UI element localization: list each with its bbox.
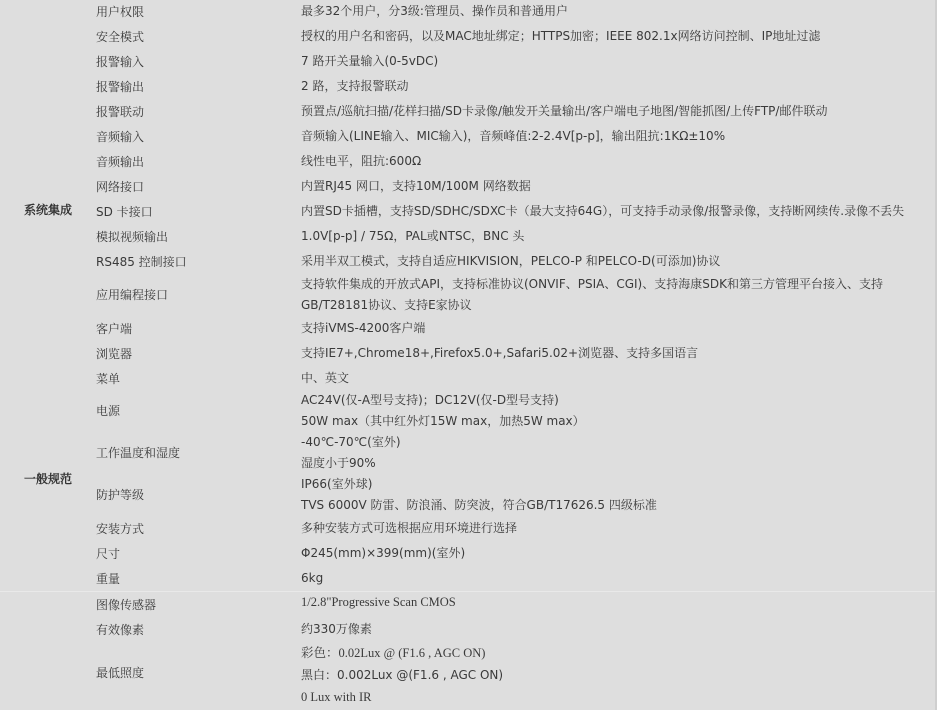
spec-label: RS485 控制接口 bbox=[96, 253, 187, 270]
spec-value-line: 支持软件集成的开放式API，支持标准协议(ONVIF、PSIA、CGI)、支持海… bbox=[301, 274, 883, 295]
spec-label: 音频输出 bbox=[96, 153, 144, 170]
spec-label: 报警输入 bbox=[96, 53, 144, 70]
spec-value: 支持IE7+,Chrome18+,Firefox5.0+,Safari5.02+… bbox=[301, 343, 698, 364]
spec-value: AC24V(仅-A型号支持)；DC12V(仅-D型号支持) 50W max（其中… bbox=[301, 390, 585, 432]
spec-value: 6kg bbox=[301, 568, 323, 589]
spec-value-line: TVS 6000V 防雷、防浪涌、防突波，符合GB/T17626.5 四级标准 bbox=[301, 495, 657, 516]
spec-label: 防护等级 bbox=[96, 486, 144, 503]
spec-label: 有效像素 bbox=[96, 621, 144, 638]
spec-value-line: AC24V(仅-A型号支持)；DC12V(仅-D型号支持) bbox=[301, 390, 585, 411]
section-divider bbox=[0, 591, 935, 592]
spec-label: 工作温度和湿度 bbox=[96, 444, 180, 461]
spec-value: 彩色：0.02Lux @ (F1.6 , AGC ON) 黑白：0.002Lux… bbox=[301, 642, 503, 708]
spec-label: 安全模式 bbox=[96, 28, 144, 45]
spec-label: 图像传感器 bbox=[96, 596, 156, 613]
spec-label: 电源 bbox=[96, 402, 120, 419]
spec-value: 预置点/巡航扫描/花样扫描/SD卡录像/触发开关量输出/客户端电子地图/智能抓图… bbox=[301, 101, 827, 122]
spec-value: -40℃-70℃(室外) 湿度小于90% bbox=[301, 432, 401, 474]
spec-value-line: IP66(室外球) bbox=[301, 474, 657, 495]
spec-label: 重量 bbox=[96, 570, 120, 587]
spec-value: 内置RJ45 网口，支持10M/100M 网络数据 bbox=[301, 176, 531, 197]
spec-value: 多种安装方式可选根据应用环境进行选择 bbox=[301, 518, 517, 539]
spec-label: 客户端 bbox=[96, 320, 132, 337]
spec-value: 线性电平，阻抗:600Ω bbox=[301, 151, 421, 172]
spec-value: 采用半双工模式，支持自适应HIKVISION，PELCO-P 和PELCO-D(… bbox=[301, 251, 720, 272]
spec-value: 2 路，支持报警联动 bbox=[301, 76, 408, 97]
spec-label: 用户权限 bbox=[96, 3, 144, 20]
spec-value-line: 50W max（其中红外灯15W max，加热5W max） bbox=[301, 411, 585, 432]
spec-value: 7 路开关量输入(0-5vDC) bbox=[301, 51, 438, 72]
spec-value-line: 黑白：0.002Lux @(F1.6 , AGC ON) bbox=[301, 664, 503, 686]
spec-value-line: 彩色：0.02Lux @ (F1.6 , AGC ON) bbox=[301, 642, 503, 664]
spec-value: 最多32个用户，分3级:管理员、操作员和普通用户 bbox=[301, 1, 568, 22]
spec-value: 支持iVMS-4200客户端 bbox=[301, 318, 425, 339]
spec-label: 模拟视频输出 bbox=[96, 228, 168, 245]
spec-table: 系统集成 用户权限 最多32个用户，分3级:管理员、操作员和普通用户 安全模式 … bbox=[0, 0, 937, 710]
spec-label: 浏览器 bbox=[96, 345, 132, 362]
spec-label: 音频输入 bbox=[96, 128, 144, 145]
spec-value: IP66(室外球) TVS 6000V 防雷、防浪涌、防突波，符合GB/T176… bbox=[301, 474, 657, 516]
spec-label: 安装方式 bbox=[96, 520, 144, 537]
spec-label: 网络接口 bbox=[96, 178, 144, 195]
spec-value: 中、英文 bbox=[301, 368, 349, 389]
spec-value: 支持软件集成的开放式API，支持标准协议(ONVIF、PSIA、CGI)、支持海… bbox=[301, 274, 883, 316]
spec-label: 报警联动 bbox=[96, 103, 144, 120]
spec-label: 应用编程接口 bbox=[96, 286, 168, 303]
spec-label: SD 卡接口 bbox=[96, 203, 153, 220]
category-general-specs: 一般规范 bbox=[24, 470, 94, 487]
spec-value: 内置SD卡插槽，支持SD/SDHC/SDXC卡（最大支持64G），可支持手动录像… bbox=[301, 201, 904, 222]
spec-label: 报警输出 bbox=[96, 78, 144, 95]
category-system-integration: 系统集成 bbox=[24, 201, 94, 218]
spec-label: 菜单 bbox=[96, 370, 120, 387]
spec-value: 约330万像素 bbox=[301, 619, 372, 640]
spec-value: 1/2.8"Progressive Scan CMOS bbox=[301, 592, 456, 613]
spec-value: 授权的用户名和密码，以及MAC地址绑定；HTTPS加密；IEEE 802.1x网… bbox=[301, 26, 820, 47]
spec-value-line: 湿度小于90% bbox=[301, 453, 401, 474]
spec-value: 1.0V[p-p] / 75Ω，PAL或NTSC，BNC 头 bbox=[301, 226, 524, 247]
spec-value: Φ245(mm)×399(mm)(室外) bbox=[301, 543, 465, 564]
spec-value-line: 0 Lux with IR bbox=[301, 686, 503, 708]
spec-value: 音频输入(LINE输入、MIC输入)，音频峰值:2-2.4V[p-p]，输出阻抗… bbox=[301, 126, 725, 147]
spec-label: 尺寸 bbox=[96, 545, 120, 562]
spec-value-line: -40℃-70℃(室外) bbox=[301, 432, 401, 453]
spec-value-line: GB/T28181协议、支持E家协议 bbox=[301, 295, 883, 316]
spec-label: 最低照度 bbox=[96, 664, 144, 681]
